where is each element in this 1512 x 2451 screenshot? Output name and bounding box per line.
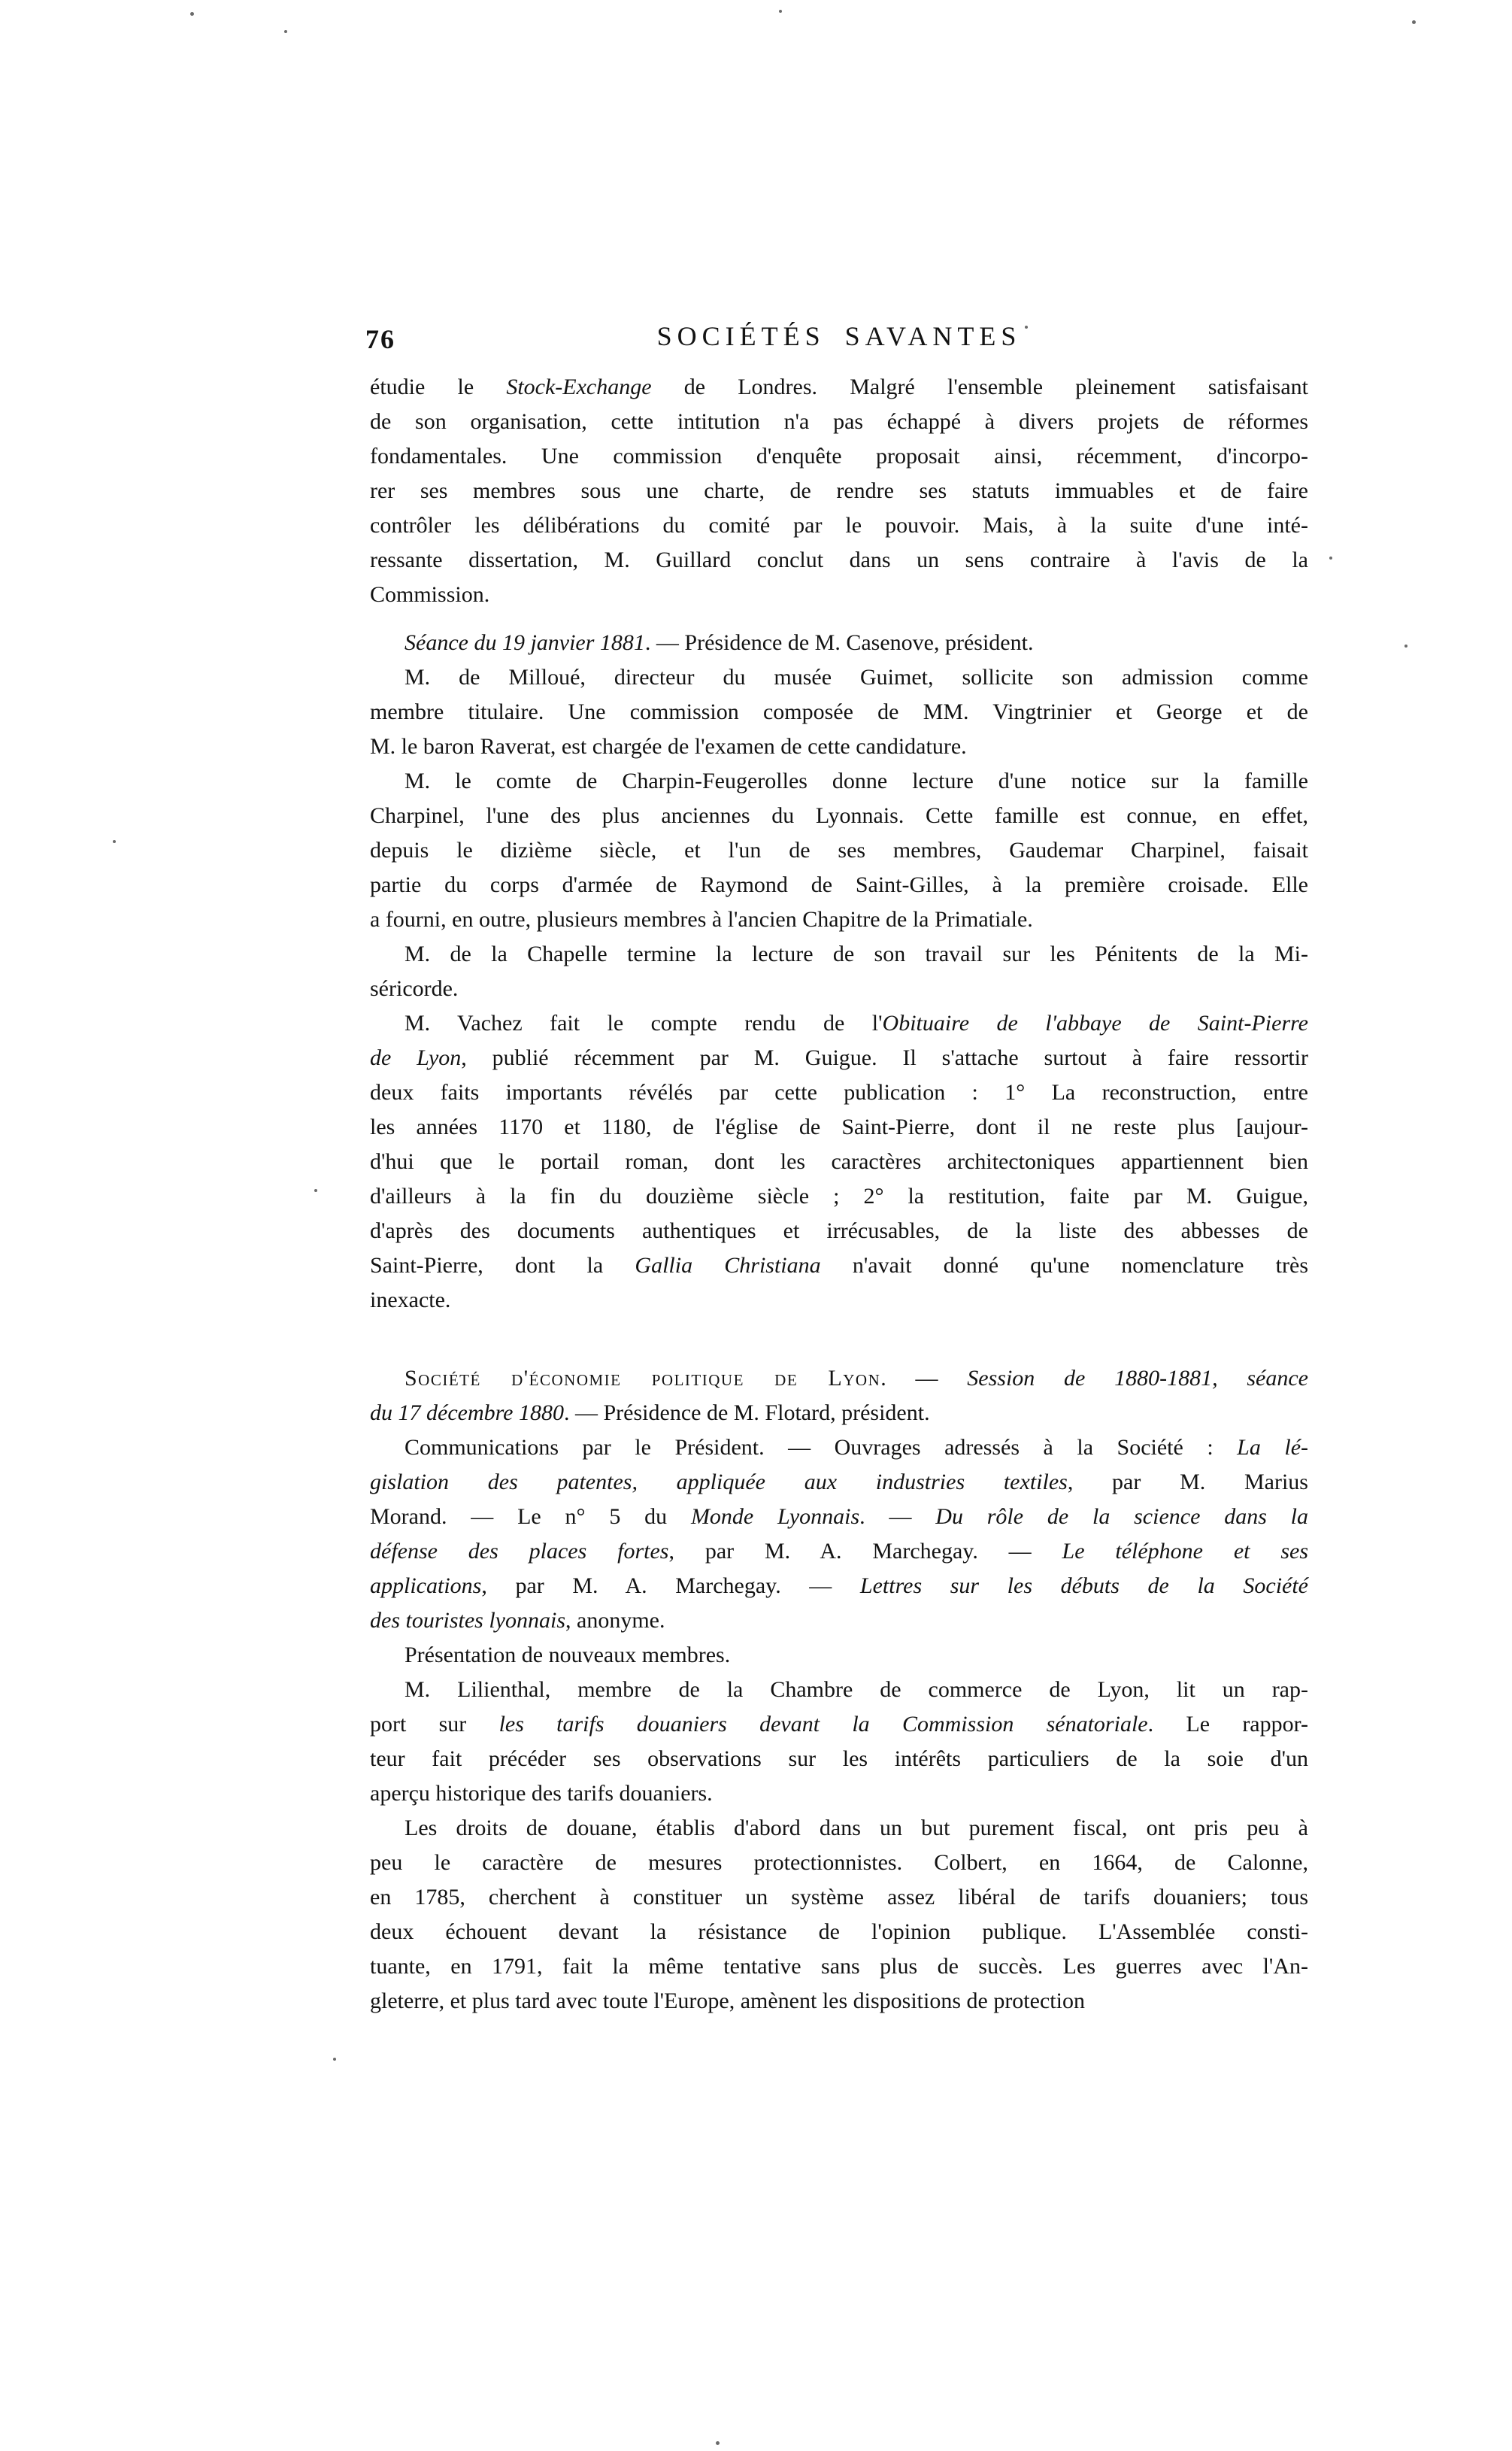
- text-line: a fourni, en outre, plusieurs membres à …: [370, 902, 1308, 937]
- scan-speck: [284, 30, 287, 33]
- text-line: les années 1170 et 1180, de l'église de …: [370, 1110, 1308, 1145]
- text-line: depuis le dizième siècle, et l'un de ses…: [370, 833, 1308, 868]
- text-line: deux faits importants révélés par cette …: [370, 1075, 1308, 1110]
- scan-speck: [333, 2058, 336, 2061]
- text-line: de Lyon, publié récemment par M. Guigue.…: [370, 1041, 1308, 1075]
- page-header: 76 SOCIÉTÉS SAVANTES: [370, 320, 1308, 359]
- paragraph: M. Vachez fait le compte rendu de l'Obit…: [370, 1006, 1308, 1318]
- text-line: contrôler les délibérations du comité pa…: [370, 508, 1308, 543]
- text-line: partie du corps d'armée de Raymond de Sa…: [370, 868, 1308, 902]
- text-line: M. de la Chapelle termine la lecture de …: [370, 937, 1308, 972]
- text-line: d'après des documents authentiques et ir…: [370, 1214, 1308, 1248]
- text-line: inexacte.: [370, 1283, 1308, 1318]
- paragraph: Séance du 19 janvier 1881. — Présidence …: [370, 626, 1308, 660]
- text-line: d'hui que le portail roman, dont les car…: [370, 1145, 1308, 1179]
- paragraph: Présentation de nouveaux membres.: [370, 1638, 1308, 1673]
- text-line: membre titulaire. Une commission composé…: [370, 695, 1308, 730]
- text-line: Séance du 19 janvier 1881. — Présidence …: [370, 626, 1308, 660]
- paragraph: Société d'économie politique de Lyon. — …: [370, 1361, 1308, 1430]
- scan-speck: [1404, 645, 1407, 648]
- scan-speck: [1329, 557, 1332, 560]
- page-number: 76: [365, 323, 395, 355]
- paragraph: M. Lilienthal, membre de la Chambre de c…: [370, 1673, 1308, 1811]
- text-line: en 1785, cherchent à constituer un systè…: [370, 1880, 1308, 1915]
- text-line: deux échouent devant la résistance de l'…: [370, 1915, 1308, 1949]
- text-line: Communications par le Président. — Ouvra…: [370, 1430, 1308, 1465]
- text-line: gleterre, et plus tard avec toute l'Euro…: [370, 1984, 1308, 2019]
- paragraph: M. de la Chapelle termine la lecture de …: [370, 937, 1308, 1006]
- text-line: M. Vachez fait le compte rendu de l'Obit…: [370, 1006, 1308, 1041]
- text-line: Société d'économie politique de Lyon. — …: [370, 1361, 1308, 1396]
- text-line: M. de Milloué, directeur du musée Guimet…: [370, 660, 1308, 695]
- scan-speck: [113, 840, 116, 843]
- scan-speck: [779, 10, 782, 13]
- text-line: fondamentales. Une commission d'enquête …: [370, 439, 1308, 474]
- text-line: Morand. — Le n° 5 du Monde Lyonnais. — D…: [370, 1500, 1308, 1534]
- text-line: gislation des patentes, appliquée aux in…: [370, 1465, 1308, 1500]
- scan-speck: [190, 12, 194, 16]
- paragraph: Les droits de douane, établis d'abord da…: [370, 1811, 1308, 2019]
- text-line: port sur les tarifs douaniers devant la …: [370, 1707, 1308, 1742]
- paragraph: étudie le Stock-Exchange de Londres. Mal…: [370, 370, 1308, 612]
- text-line: M. Lilienthal, membre de la Chambre de c…: [370, 1673, 1308, 1707]
- paragraph: M. le comte de Charpin-Feugerolles donne…: [370, 764, 1308, 937]
- text-line: du 17 décembre 1880. — Présidence de M. …: [370, 1396, 1308, 1430]
- text-line: peu le caractère de mesures protectionni…: [370, 1846, 1308, 1880]
- paragraph: Communications par le Président. — Ouvra…: [370, 1430, 1308, 1638]
- text-line: Commission.: [370, 578, 1308, 612]
- scan-speck: [1412, 20, 1416, 24]
- page-body: étudie le Stock-Exchange de Londres. Mal…: [370, 370, 1308, 2019]
- text-line: M. le baron Raverat, est chargée de l'ex…: [370, 730, 1308, 764]
- document-page: 76 SOCIÉTÉS SAVANTES étudie le Stock-Exc…: [0, 0, 1512, 2451]
- text-line: Charpinel, l'une des plus anciennes du L…: [370, 799, 1308, 833]
- text-line: Présentation de nouveaux membres.: [370, 1638, 1308, 1673]
- text-line: défense des places fortes, par M. A. Mar…: [370, 1534, 1308, 1569]
- text-line: ressante dissertation, M. Guillard concl…: [370, 543, 1308, 578]
- text-line: d'ailleurs à la fin du douzième siècle ;…: [370, 1179, 1308, 1214]
- paragraph: M. de Milloué, directeur du musée Guimet…: [370, 660, 1308, 764]
- page-title: SOCIÉTÉS SAVANTES: [370, 320, 1308, 352]
- text-line: teur fait précéder ses observations sur …: [370, 1742, 1308, 1776]
- text-line: Les droits de douane, établis d'abord da…: [370, 1811, 1308, 1846]
- scan-speck: [314, 1189, 317, 1192]
- text-line: étudie le Stock-Exchange de Londres. Mal…: [370, 370, 1308, 405]
- text-line: de son organisation, cette intitution n'…: [370, 405, 1308, 439]
- text-line: Saint-Pierre, dont la Gallia Christiana …: [370, 1248, 1308, 1283]
- text-line: des touristes lyonnais, anonyme.: [370, 1603, 1308, 1638]
- text-line: M. le comte de Charpin-Feugerolles donne…: [370, 764, 1308, 799]
- text-line: applications, par M. A. Marchegay. — Let…: [370, 1569, 1308, 1603]
- text-line: séricorde.: [370, 972, 1308, 1006]
- text-line: rer ses membres sous une charte, de rend…: [370, 474, 1308, 508]
- text-line: tuante, en 1791, fait la même tentative …: [370, 1949, 1308, 1984]
- text-line: aperçu historique des tarifs douaniers.: [370, 1776, 1308, 1811]
- scan-speck: [716, 2441, 720, 2445]
